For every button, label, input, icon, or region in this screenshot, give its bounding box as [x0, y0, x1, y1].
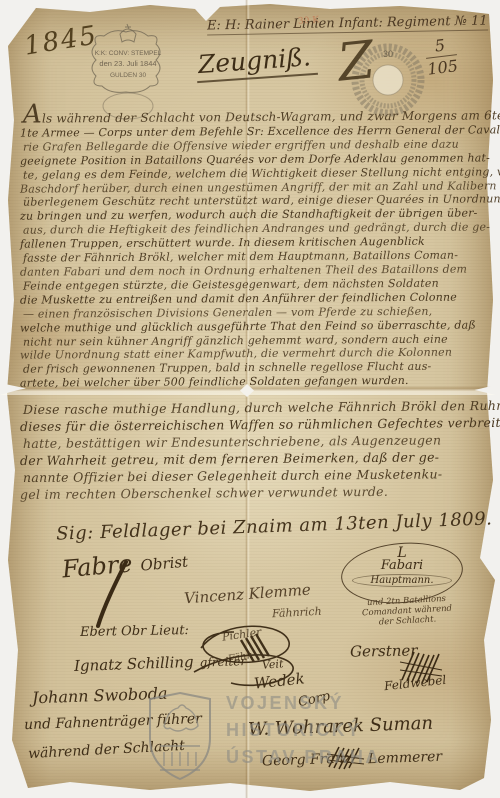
stamp-text-3: GULDEN 30 [110, 72, 147, 79]
watermark-line: ÚSTAV PRAHA [226, 744, 381, 771]
embossed-stamp-value: 30 [383, 49, 393, 59]
signature-name: Fabari [381, 558, 423, 573]
body-line: gel im rechten Oberschenkel schwer verwu… [20, 482, 492, 503]
folio-denominator: 105 [426, 55, 459, 79]
watermark-text: VOJENSKÝ HISTORICKÝ ÚSTAV PRAHA [226, 690, 381, 771]
fabari-paraph: L [352, 548, 452, 558]
paraph-mark: Z [335, 30, 377, 93]
body-line: artete, bei welcher über 500 feindliche … [20, 374, 492, 391]
signature-rank: Obr Lieut: [121, 623, 189, 639]
archive-watermark: VOJENSKÝ HISTORICKÝ ÚSTAV PRAHA [146, 690, 381, 782]
watermark-line: VOJENSKÝ [226, 690, 381, 717]
folio-number: 5 105 [424, 34, 459, 78]
watermark-line: HISTORICKÝ [226, 717, 381, 744]
stamp-text-2: den 23. Juli 1844 [99, 59, 156, 68]
signature-ebert: Ebert Obr Lieut: [80, 623, 189, 640]
archive-shield-icon [146, 690, 214, 782]
signature-rank: Obrist [140, 553, 189, 575]
signature-wedek-first: Veit [262, 657, 284, 671]
stamp-text-1: K:K: CONV: STEMPEL [95, 50, 162, 57]
stamp-crown-icon [120, 24, 136, 42]
scanned-document: 1845 30 K E: H: Rainer Linien Infant: Re… [0, 0, 500, 798]
fabari-note: und 2tn Batallions Comandant während der… [351, 593, 462, 629]
body-paragraph-1: Als während der Schlacht von Deutsch-Wag… [20, 108, 492, 389]
body-paragraph-2: Diese rasche muthige Handlung, durch wel… [20, 399, 492, 501]
signature-name: Ebert [80, 624, 117, 640]
signature-rank: gfreiter [199, 654, 246, 670]
signature-fabari: L Fabari Hauptmann. [352, 548, 452, 587]
signature-rank: Hauptmann. [352, 574, 452, 587]
signature-klemme-rank: Fähnrich [272, 605, 322, 621]
signature-gerstner: Gerstner [350, 641, 418, 660]
